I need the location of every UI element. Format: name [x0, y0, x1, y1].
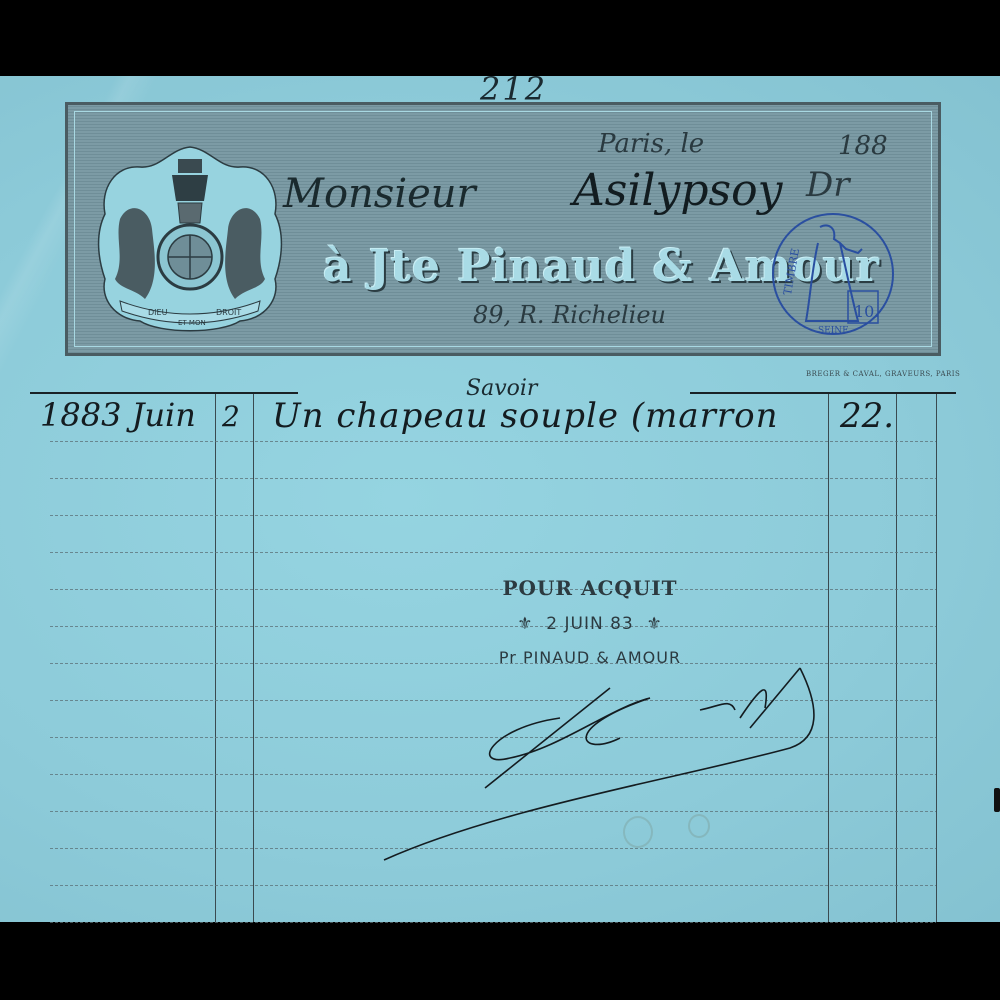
- royal-coat-of-arms-icon: DIEU ET MON DROIT: [90, 139, 290, 339]
- firm-prefix: à Jte: [323, 241, 441, 292]
- row-day: 2: [222, 400, 240, 433]
- row-date: 1883 Juin: [40, 396, 196, 434]
- invoice-paper: 212 DIEU ET MON DROIT Paris, le 188 Mons…: [0, 76, 1000, 922]
- receipt-title: POUR ACQUIT: [440, 576, 740, 600]
- salutation: Monsieur: [283, 171, 476, 217]
- place-label: Paris, le: [598, 129, 704, 159]
- signature-icon: [380, 648, 840, 878]
- column-divider: [936, 394, 937, 922]
- ledger-rule: [50, 441, 936, 442]
- svg-text:ET MON: ET MON: [178, 319, 206, 327]
- ledger-rule: [50, 515, 936, 516]
- svg-text:DIEU: DIEU: [148, 308, 168, 317]
- letterhead-banner: DIEU ET MON DROIT Paris, le 188 Monsieur…: [65, 102, 941, 356]
- svg-text:10.: 10.: [854, 302, 879, 321]
- client-suffix: Dr: [806, 165, 850, 205]
- fleur-icon: ⚜: [517, 614, 546, 634]
- client-name: Asilypsoy: [573, 165, 782, 216]
- firm-address: 89, R. Richelieu: [473, 301, 666, 329]
- fleur-icon: ⚜: [634, 614, 663, 634]
- svg-text:SEINE: SEINE: [818, 326, 849, 336]
- paper-stain: [623, 816, 653, 848]
- receipt-date: ⚜ 2 JUIN 83 ⚜: [440, 614, 740, 634]
- edge-mark: [994, 788, 1000, 812]
- svg-text:TIMBRE: TIMBRE: [781, 247, 802, 296]
- tax-stamp-icon: 10. TIMBRE SEINE: [768, 209, 898, 339]
- svg-text:DROIT: DROIT: [216, 308, 241, 317]
- column-divider: [215, 394, 216, 922]
- row-description: Un chapeau souple (marron: [272, 396, 778, 436]
- paper-stain: [688, 814, 710, 838]
- row-amount: 22.: [840, 396, 894, 436]
- ledger-rule: [50, 922, 936, 923]
- year-prefix: 188: [838, 131, 888, 161]
- ledger-rule: [50, 478, 936, 479]
- ledger-rule: [50, 552, 936, 553]
- column-divider: [896, 394, 897, 922]
- printer-credit: BREGER & CAVAL, GRAVEURS, PARIS: [806, 370, 960, 378]
- column-divider: [253, 394, 254, 922]
- ledger-rule: [50, 885, 936, 886]
